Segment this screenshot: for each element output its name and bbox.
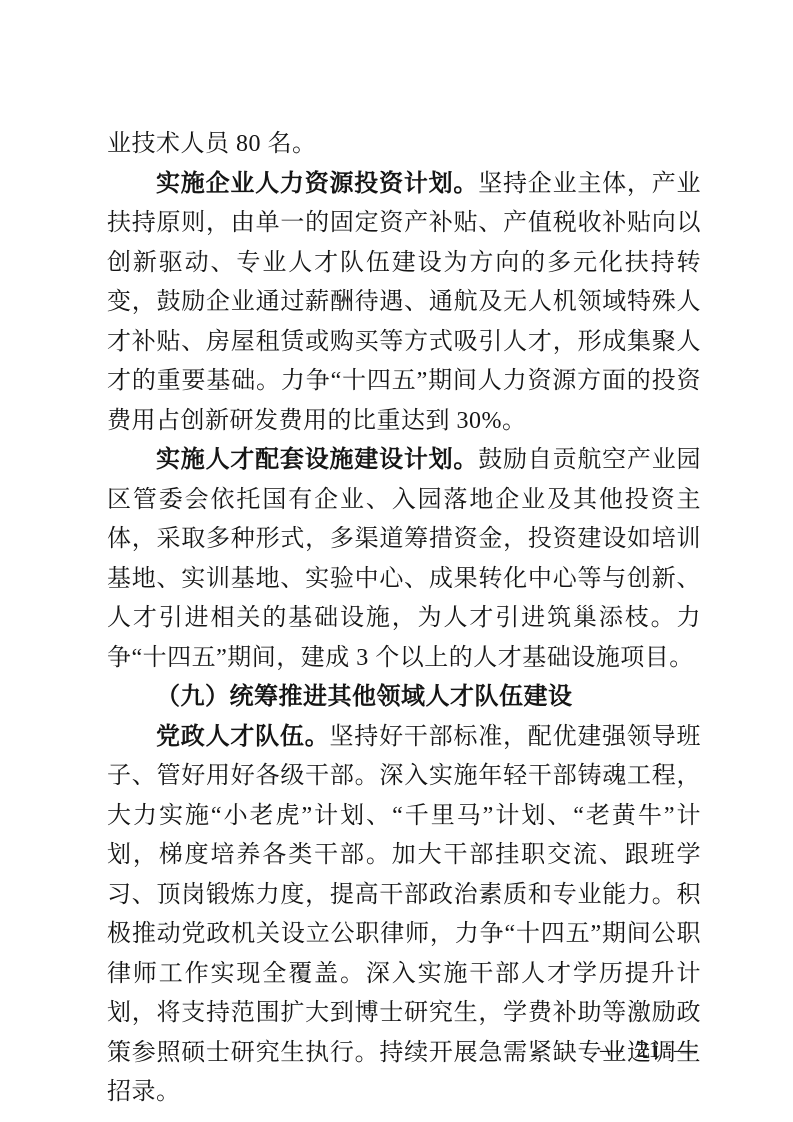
paragraph-lead: 实施人才配套设施建设计划。 [156, 447, 478, 473]
footer-dash-left: — [600, 1036, 623, 1064]
paragraph-continuation: 业技术人员 80 名。 [107, 125, 701, 165]
paragraph-lead: 实施企业人力资源投资计划。 [156, 171, 478, 197]
page-number: 21 [637, 1036, 660, 1064]
section-heading-nine: （九）统筹推进其他领域人才队伍建设 [107, 678, 701, 718]
document-body: 业技术人员 80 名。 实施企业人力资源投资计划。坚持企业主体，产业扶持原则，由… [107, 125, 701, 1113]
paragraph-lead: 党政人才队伍。 [156, 724, 330, 750]
paragraph-text: 业技术人员 80 名。 [107, 131, 317, 157]
paragraph-enterprise-hr-investment: 实施企业人力资源投资计划。坚持企业主体，产业扶持原则，由单一的固定资产补贴、产值… [107, 165, 701, 442]
paragraph-talent-facilities: 实施人才配套设施建设计划。鼓励自贡航空产业园区管委会依托国有企业、入园落地企业及… [107, 441, 701, 678]
section-heading-text: （九）统筹推进其他领域人才队伍建设 [156, 684, 573, 710]
paragraph-text: 鼓励自贡航空产业园区管委会依托国有企业、入园落地企业及其他投资主体，采取多种形式… [107, 447, 701, 671]
footer-dash-right: — [674, 1036, 697, 1064]
document-page: 业技术人员 80 名。 实施企业人力资源投资计划。坚持企业主体，产业扶持原则，由… [0, 0, 793, 1122]
page-footer: —21— [600, 1036, 697, 1064]
paragraph-text: 坚持企业主体，产业扶持原则，由单一的固定资产补贴、产值税收补贴向以创新驱动、专业… [107, 171, 701, 434]
